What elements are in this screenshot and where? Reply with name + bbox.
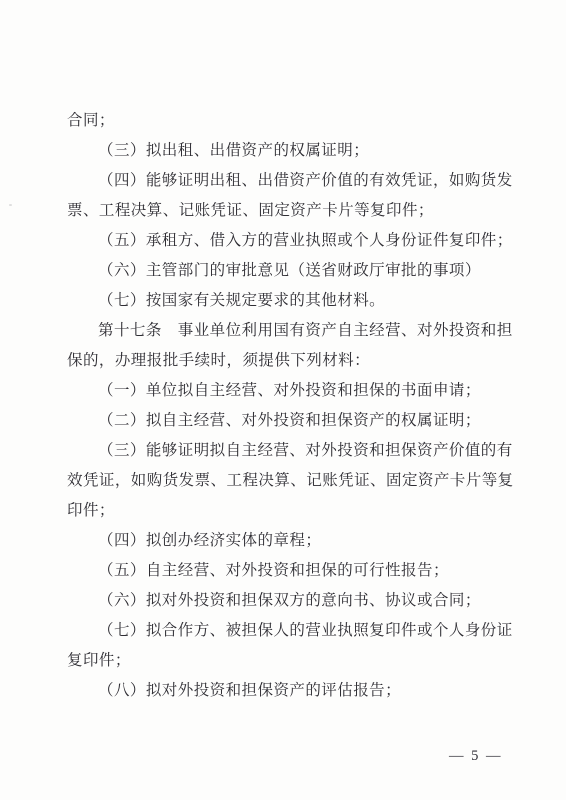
- text-line: （七）拟合作方、被担保人的营业执照复印件或个人身份证: [67, 616, 507, 646]
- text-line: 效凭证，如购货发票、工程决算、记账凭证、固定资产卡片等复: [67, 466, 507, 496]
- text-line: （五）自主经营、对外投资和担保的可行性报告；: [67, 556, 507, 586]
- text-line: （三）能够证明拟自主经营、对外投资和担保资产价值的有: [67, 436, 507, 466]
- scanned-document-page: 合同； （三）拟出租、出借资产的权属证明； （四）能够证明出租、出借资产价值的有…: [0, 0, 566, 800]
- text-line: （六）拟对外投资和担保双方的意向书、协议或合同；: [67, 586, 507, 616]
- text-line: （五）承租方、借入方的营业执照或个人身份证件复印件；: [67, 226, 507, 256]
- text-line: （一）单位拟自主经营、对外投资和担保的书面申请；: [67, 376, 507, 406]
- text-line: （三）拟出租、出借资产的权属证明；: [67, 136, 507, 166]
- text-line: （四）能够证明出租、出借资产价值的有效凭证，如购货发: [67, 166, 507, 196]
- text-line: 复印件；: [67, 646, 507, 676]
- scan-speckle: [9, 204, 12, 206]
- text-line: 印件；: [67, 496, 507, 526]
- document-body: 合同； （三）拟出租、出借资产的权属证明； （四）能够证明出租、出借资产价值的有…: [67, 106, 507, 706]
- text-line: （二）拟自主经营、对外投资和担保资产的权属证明；: [67, 406, 507, 436]
- text-line: （四）拟创办经济实体的章程；: [67, 526, 507, 556]
- page-number: — 5 —: [449, 746, 503, 766]
- text-line: 票、工程决算、记账凭证、固定资产卡片等复印件；: [67, 196, 507, 226]
- text-line: （七）按国家有关规定要求的其他材料。: [67, 286, 507, 316]
- text-line: （六）主管部门的审批意见（送省财政厅审批的事项）: [67, 256, 507, 286]
- text-line: 保的，办理报批手续时，须提供下列材料：: [67, 346, 507, 376]
- text-line: （八）拟对外投资和担保资产的评估报告；: [67, 676, 507, 706]
- text-line: 第十七条 事业单位利用国有资产自主经营、对外投资和担: [67, 316, 507, 346]
- text-line: 合同；: [67, 106, 507, 136]
